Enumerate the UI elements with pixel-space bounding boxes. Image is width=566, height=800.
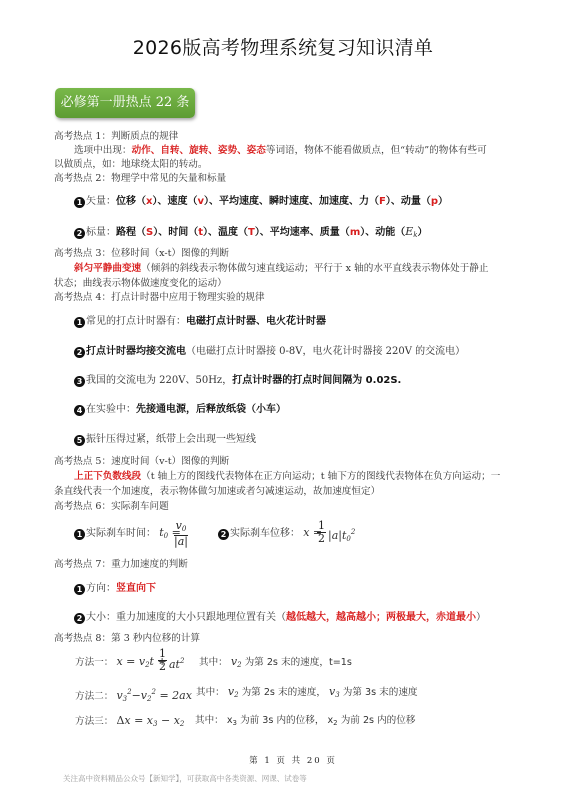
text: 为第 3s 末的速度	[343, 687, 418, 698]
method-label: 方法一：	[75, 657, 113, 668]
text: ）	[418, 227, 428, 238]
page-number: 第 1 页 共 20 页	[0, 754, 566, 766]
label: 方向：	[86, 583, 116, 594]
hotspot-7-item-magnitude: 2大小：重力加速度的大小只跟地理位置有关（越低越大，越高越小；两极最大，赤道最小…	[74, 611, 486, 625]
hotspot-4-item-4: 4在实验中：先接通电源，后释放纸袋（小车）	[74, 403, 286, 417]
label: 大小：	[86, 612, 116, 623]
text: ）	[438, 196, 448, 207]
text: ）、温度（	[203, 227, 248, 238]
label: 实际刹车位移：	[230, 528, 300, 539]
text: 其中：	[199, 657, 228, 668]
fraction-v0-over-abs-a: v0 |a|	[174, 520, 188, 548]
hotspot-4-item-2: 2打点计时器均接交流电（电磁打点计时器接 0-8V，电火花计时器接 220V 的…	[74, 345, 465, 359]
text: ）	[476, 612, 486, 623]
formula-method-2: v32−v22 = 2ax	[116, 689, 192, 702]
hotspot-4-item-1: 1常见的打点计时器有：电磁打点计时器、电火花计时器	[74, 315, 326, 329]
text: 选项中出现：	[74, 145, 132, 156]
method-label: 方法三：	[75, 716, 113, 727]
text: ）、平均速率、质量（	[255, 227, 350, 238]
numbered-bullet-icon: 2	[74, 228, 85, 239]
label: 实际刹车时间：	[86, 528, 156, 539]
fraction-one-half: 1 2	[317, 520, 326, 545]
hotspot-1-para-2: 以做质点，如：地球绕太阳的转动。	[54, 158, 208, 172]
method-label: 方法二：	[75, 691, 113, 702]
text: （电磁打点计时器接 0-8V，电火花计时器接 220V 的交流电）	[186, 346, 465, 357]
text: 路程（	[116, 227, 146, 238]
text: 常见的打点计时器有：	[86, 316, 186, 327]
numbered-bullet-icon: 4	[74, 405, 85, 416]
formula-method-3: Δx = x3 − x2	[116, 714, 184, 727]
text: 其中：	[196, 687, 225, 698]
text: （倾斜的斜线表示物体做匀速直线运动；平行于 x 轴的水平直线表示物体处于静止	[141, 263, 488, 274]
text: 为第 2s 末的速度，t=1s	[245, 657, 352, 668]
formula-abs-a-t0-squared: |a|t02	[328, 525, 355, 546]
numbered-bullet-icon: 2	[218, 529, 229, 540]
footer-note: 关注高中资料精品公众号【新知学】，可获取高中各类资源、网课、试卷等	[63, 773, 307, 784]
text: ）、速度（	[152, 196, 197, 207]
text: ）、动量（	[386, 196, 431, 207]
hotspot-5-para-2: 条直线代表一个加速度，表示物体做匀加速或者匀减速运动，故加速度恒定）	[54, 485, 380, 499]
text: 为第 2s 末的速度，	[242, 687, 326, 698]
text: 为前 3s 内的位移，	[240, 715, 324, 726]
method-2-note: 其中： v2 为第 2s 末的速度， v3 为第 3s 末的速度	[196, 685, 418, 702]
hotspot-8-heading: 高考热点 8：第 3 秒内位移的计算	[54, 632, 200, 646]
bold-text: 打点计时器均接交流电	[86, 346, 186, 357]
method-1-note: 其中： v2 为第 2s 末的速度，t=1s	[199, 655, 352, 672]
text: 我国的交流电为 220V、50Hz，	[86, 375, 232, 386]
hotspot-3-para-2: 状态；曲线表示物体做速度变化的运动）	[54, 277, 227, 291]
numbered-bullet-icon: 1	[74, 584, 85, 595]
text: 等词语，物体不能看做质点，但“转动”的物体有些可	[266, 145, 487, 156]
numbered-bullet-icon: 2	[74, 347, 85, 358]
page-title: 2026版高考物理系统复习知识清单	[0, 33, 566, 60]
hotspot-4-item-3: 3我国的交流电为 220V、50Hz，打点计时器的打点时间间隔为 0.02S.	[74, 374, 401, 388]
numbered-bullet-icon: 2	[74, 613, 85, 624]
numbered-bullet-icon: 1	[74, 529, 85, 540]
formula-at-squared: at2	[169, 654, 184, 672]
hotspot-6-item-1: 1实际刹车时间： t0 =	[74, 526, 181, 543]
method-2: 方法二： v32−v22 = 2ax	[75, 685, 192, 706]
symbol: m	[350, 227, 360, 238]
numbered-bullet-icon: 5	[74, 435, 85, 446]
label: 矢量：	[86, 196, 116, 207]
highlight-text: 越低越大，越高越小；两极最大，赤道最小	[286, 612, 476, 623]
hotspot-7-item-direction: 1方向：竖直向下	[74, 582, 156, 596]
numbered-bullet-icon: 1	[74, 197, 85, 208]
hotspot-6-heading: 高考热点 6：实际刹车问题	[54, 500, 169, 514]
symbol: F	[379, 196, 386, 207]
hotspot-3-para-1: 斜匀平静曲变速（倾斜的斜线表示物体做匀速直线运动；平行于 x 轴的水平直线表示物…	[74, 262, 488, 276]
bold-text: 打点计时器的打点时间间隔为 0.02S.	[232, 375, 401, 386]
text: ）、平均速度、瞬时速度、加速度、力（	[204, 196, 379, 207]
hotspot-5-heading: 高考热点 5：速度时间（v-t）图像的判断	[54, 455, 229, 469]
hotspot-2-item-vector: 1矢量：位移（x）、速度（v）、平均速度、瞬时速度、加速度、力（F）、动量（p）	[74, 195, 448, 209]
hotspot-3-heading: 高考热点 3：位移时间（x-t）图像的判断	[54, 247, 229, 261]
symbol: p	[431, 196, 438, 207]
label: 标量：	[86, 227, 116, 238]
text: 在实验中：	[86, 404, 136, 415]
document-page: 2026版高考物理系统复习知识清单 必修第一册热点 22 条 高考热点 1：判断…	[0, 0, 566, 800]
text: ）、动能（	[360, 227, 405, 238]
bold-text: 先接通电源，后释放纸袋（小车）	[136, 404, 286, 415]
text: 其中：	[195, 715, 224, 726]
section-badge: 必修第一册热点 22 条	[55, 88, 195, 118]
hotspot-2-item-scalar: 2标量：路程（S）、时间（t）、温度（T）、平均速率、质量（m）、动能（Ek）	[74, 225, 428, 242]
numbered-bullet-icon: 1	[74, 317, 85, 328]
method-3-note: 其中： x3 为前 3s 内的位移， x2 为前 2s 内的位移	[195, 714, 415, 730]
highlight-text: 上正下负数线段	[74, 471, 141, 482]
method-1: 方法一： x = v2t +	[75, 655, 167, 672]
text: 振针压得过紧，纸带上会出现一些短线	[86, 434, 256, 445]
hotspot-1-heading: 高考热点 1：判断质点的规律	[54, 130, 178, 144]
text: 重力加速度的大小只跟地理位置有关（	[116, 612, 286, 623]
symbol: T	[248, 227, 255, 238]
hotspot-1-para-1: 选项中出现：动作、自转、旋转、姿势、姿态等词语，物体不能看做质点，但“转动”的物…	[74, 144, 487, 158]
hotspot-7-heading: 高考热点 7：重力加速度的判断	[54, 558, 188, 572]
highlight-text: 动作、自转、旋转、姿势、姿态	[132, 145, 266, 156]
fraction-one-half: 1 2	[158, 648, 167, 673]
hotspot-2-heading: 高考热点 2：物理学中常见的矢量和标量	[54, 172, 226, 186]
method-3: 方法三： Δx = x3 − x2	[75, 714, 184, 731]
bold-text: 电磁打点计时器、电火花计时器	[186, 316, 326, 327]
highlight-text: 竖直向下	[116, 583, 156, 594]
numbered-bullet-icon: 3	[74, 376, 85, 387]
hotspot-4-heading: 高考热点 4：打点计时器中应用于物理实验的规律	[54, 291, 265, 305]
text: 位移（	[116, 196, 146, 207]
highlight-text: 斜匀平静曲变速	[74, 263, 141, 274]
hotspot-5-para-1: 上正下负数线段（t 轴上方的图线代表物体在正方向运动；t 轴下方的图线代表物体在…	[74, 470, 500, 484]
hotspot-4-item-5: 5振针压得过紧，纸带上会出现一些短线	[74, 433, 256, 447]
hotspot-6-item-2: 2实际刹车位移： x =	[218, 526, 322, 541]
text: 为前 2s 内的位移	[341, 715, 416, 726]
text: （t 轴上方的图线代表物体在正方向运动；t 轴下方的图线代表物体在负方向运动；一	[141, 471, 500, 482]
text: ）、时间（	[153, 227, 198, 238]
